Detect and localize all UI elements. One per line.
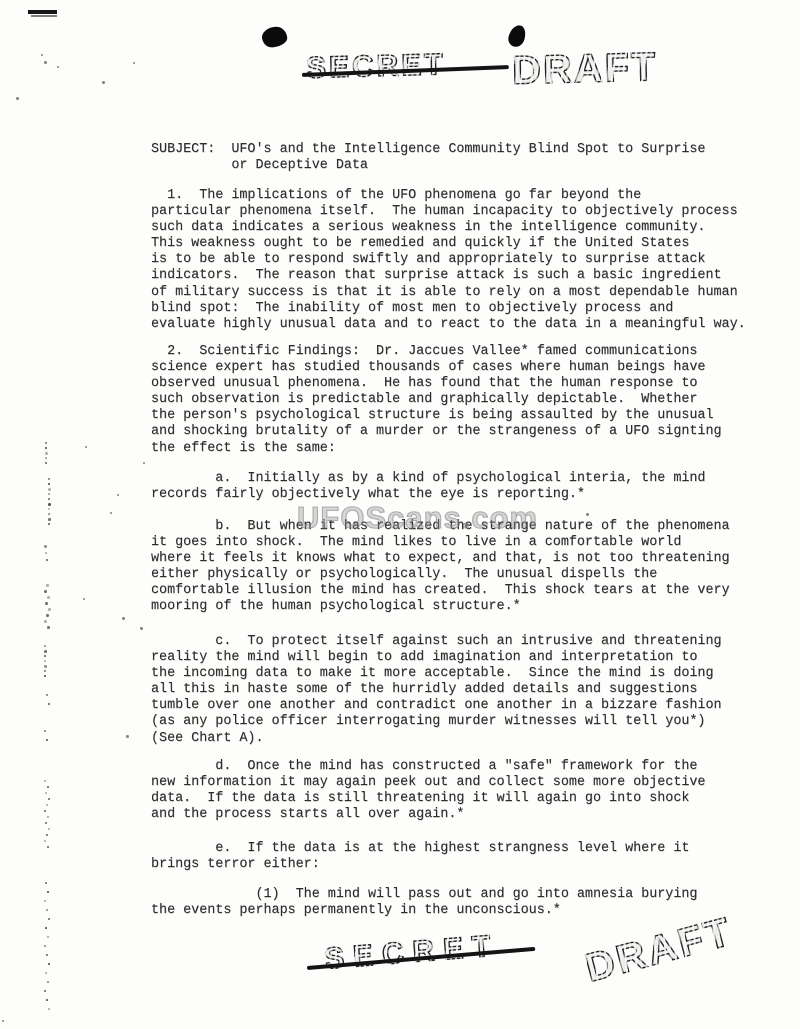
noise-dot (48, 493, 50, 495)
text-line: This weakness ought to be remedied and q… (151, 236, 746, 252)
noise-dot (46, 614, 49, 617)
noise-dot (48, 1008, 50, 1010)
noise-dot (47, 981, 49, 983)
paragraph-1: 1. The implications of the UFO phenomena… (151, 188, 746, 333)
noise-dot (83, 598, 85, 600)
noise-dot (45, 602, 48, 605)
noise-dot (48, 498, 50, 500)
text-line: e. If the data is at the highest strangn… (151, 841, 689, 857)
text-line: the events perhaps permanently in the un… (151, 903, 697, 919)
noise-dot (45, 552, 47, 554)
noise-dot (44, 61, 47, 64)
noise-dot (110, 512, 112, 514)
noise-dot (48, 508, 50, 510)
noise-dot (48, 513, 50, 515)
noise-dot (44, 670, 46, 672)
noise-dot (48, 483, 50, 485)
text-line: a. Initially as by a kind of psychologic… (151, 471, 705, 487)
noise-dot (45, 972, 47, 974)
text-line: and shocking brutality of a murder or th… (151, 424, 722, 440)
scan-mark-bar (28, 10, 57, 14)
text-line: observed unusual phenomena. He has found… (151, 376, 722, 392)
noise-dot (48, 608, 51, 611)
noise-dot (44, 990, 46, 992)
noise-dot (46, 954, 48, 956)
text-line: or Deceptive Data (151, 158, 705, 174)
noise-dot (47, 596, 50, 599)
noise-dot (102, 81, 105, 84)
text-line: brings terror either: (151, 857, 689, 873)
noise-dot (45, 882, 47, 884)
noise-dot (45, 822, 47, 824)
text-line: it goes into shock. The mind likes to li… (151, 535, 730, 551)
noise-dot (122, 617, 125, 620)
text-line: SUBJECT: UFO's and the Intelligence Comm… (151, 142, 705, 158)
noise-dot (45, 792, 47, 794)
text-line: mooring of the human psychological struc… (151, 599, 730, 615)
noise-dot (48, 523, 50, 525)
noise-dot (46, 694, 48, 696)
noise-dot (16, 97, 19, 100)
noise-dot (47, 626, 50, 629)
item-c: c. To protect itself against such an int… (151, 634, 722, 747)
item-a: a. Initially as by a kind of psychologic… (151, 471, 705, 503)
text-line: (1) The mind will pass out and go into a… (151, 887, 697, 903)
text-line: of military success is that it is able t… (151, 285, 746, 301)
noise-dot (47, 846, 49, 848)
text-line: is to be able to respond swiftly and app… (151, 252, 746, 268)
watermark: UFOScans.com (297, 500, 538, 536)
subject-block: SUBJECT: UFO's and the Intelligence Comm… (151, 142, 705, 174)
text-line: such data indicates a serious weakness i… (151, 220, 746, 236)
noise-dot (48, 828, 50, 830)
noise-dot (48, 503, 51, 506)
noise-dot (45, 457, 47, 459)
noise-dot (44, 945, 46, 947)
text-line: 1. The implications of the UFO phenomena… (151, 188, 746, 204)
noise-dot (48, 518, 51, 521)
noise-dot (46, 804, 48, 806)
noise-dot (44, 655, 46, 657)
text-line: comfortable illusion the mind has create… (151, 583, 730, 599)
item-e: e. If the data is at the highest strangn… (151, 841, 689, 873)
noise-dot (45, 442, 47, 444)
noise-dot (45, 462, 47, 464)
noise-dot (45, 927, 47, 929)
noise-dot (47, 936, 49, 938)
item-e1: (1) The mind will pass out and go into a… (151, 887, 697, 919)
noise-dot (140, 627, 143, 630)
noise-dot (44, 620, 47, 623)
text-line: d. Once the mind has constructed a "safe… (151, 759, 705, 775)
text-line: where it feels it knows what to expect, … (151, 551, 730, 567)
noise-dot (133, 62, 135, 64)
noise-dot (44, 660, 46, 662)
noise-dot (46, 584, 49, 587)
text-line: tumble over one another and contradict o… (151, 698, 722, 714)
draft-stamp-bottom: DRAFT (581, 909, 738, 991)
text-line: the effect is the same: (151, 441, 722, 457)
text-line: (See Chart A). (151, 731, 722, 747)
text-line: 2. Scientific Findings: Dr. Jaccues Vall… (151, 344, 722, 360)
ink-blob-left (261, 25, 289, 48)
noise-dot (44, 675, 46, 677)
noise-dot (44, 665, 47, 668)
noise-dot (46, 739, 48, 741)
noise-dot (57, 66, 59, 68)
text-line: indicators. The reason that surprise att… (151, 268, 746, 284)
text-line: new information it may again peek out an… (151, 775, 705, 791)
noise-dot (2, 1020, 4, 1022)
text-line: either physically or psychologically. Th… (151, 567, 730, 583)
noise-dot (48, 488, 51, 491)
noise-dot (44, 645, 46, 647)
noise-dot (44, 780, 46, 782)
text-line: the incoming data to make it more accept… (151, 666, 722, 682)
text-line: reality the mind will begin to add imagi… (151, 650, 722, 666)
noise-dot (143, 462, 145, 464)
paragraph-2: 2. Scientific Findings: Dr. Jaccues Vall… (151, 344, 722, 457)
noise-dot (44, 900, 46, 902)
noise-dot (85, 446, 87, 448)
noise-dot (46, 559, 48, 561)
noise-dot (46, 909, 48, 911)
draft-stamp-top: DRAFT (511, 45, 658, 94)
noise-dot (47, 816, 49, 818)
ink-blob-right (507, 23, 528, 48)
noise-dot (41, 54, 43, 56)
noise-dot (45, 452, 48, 455)
noise-dot (117, 494, 119, 496)
text-line: (as any police officer interrogating mur… (151, 714, 722, 730)
item-d: d. Once the mind has constructed a "safe… (151, 759, 705, 823)
noise-dot (44, 545, 47, 548)
noise-dot (48, 478, 50, 480)
text-line: all this in haste some of the hurridly a… (151, 682, 722, 698)
noise-dot (46, 999, 48, 1001)
noise-dot (44, 810, 46, 812)
noise-dot (47, 891, 49, 893)
text-line: particular phenomena itself. The human i… (151, 204, 746, 220)
noise-dot (48, 798, 50, 800)
noise-dot (44, 650, 47, 653)
noise-dot (46, 834, 48, 836)
noise-dot (48, 703, 50, 705)
text-line: such observation is predictable and grap… (151, 392, 722, 408)
text-line: c. To protect itself against such an int… (151, 634, 722, 650)
noise-dot (44, 730, 46, 732)
noise-dot (44, 590, 47, 593)
noise-dot (48, 963, 50, 965)
text-line: evaluate highly unusual data and to reac… (151, 317, 746, 333)
noise-dot (47, 786, 49, 788)
text-line: data. If the data is still threatening i… (151, 791, 705, 807)
text-line: blind spot: The inability of most men to… (151, 301, 746, 317)
noise-dot (126, 735, 129, 738)
scan-mark-bar-underline (31, 15, 57, 17)
noise-dot (45, 447, 47, 449)
text-line: and the process starts all over again.* (151, 807, 705, 823)
text-line: the person's psychological structure is … (151, 408, 722, 424)
noise-dot (48, 918, 50, 920)
scanned-document-page: SECRET DRAFT SUBJECT: UFO's and the Inte… (0, 0, 800, 1029)
text-line: science expert has studied thousands of … (151, 360, 722, 376)
secret-stamp-top: SECRET (306, 48, 447, 86)
noise-dot (44, 840, 46, 842)
noise-dot (586, 513, 589, 516)
